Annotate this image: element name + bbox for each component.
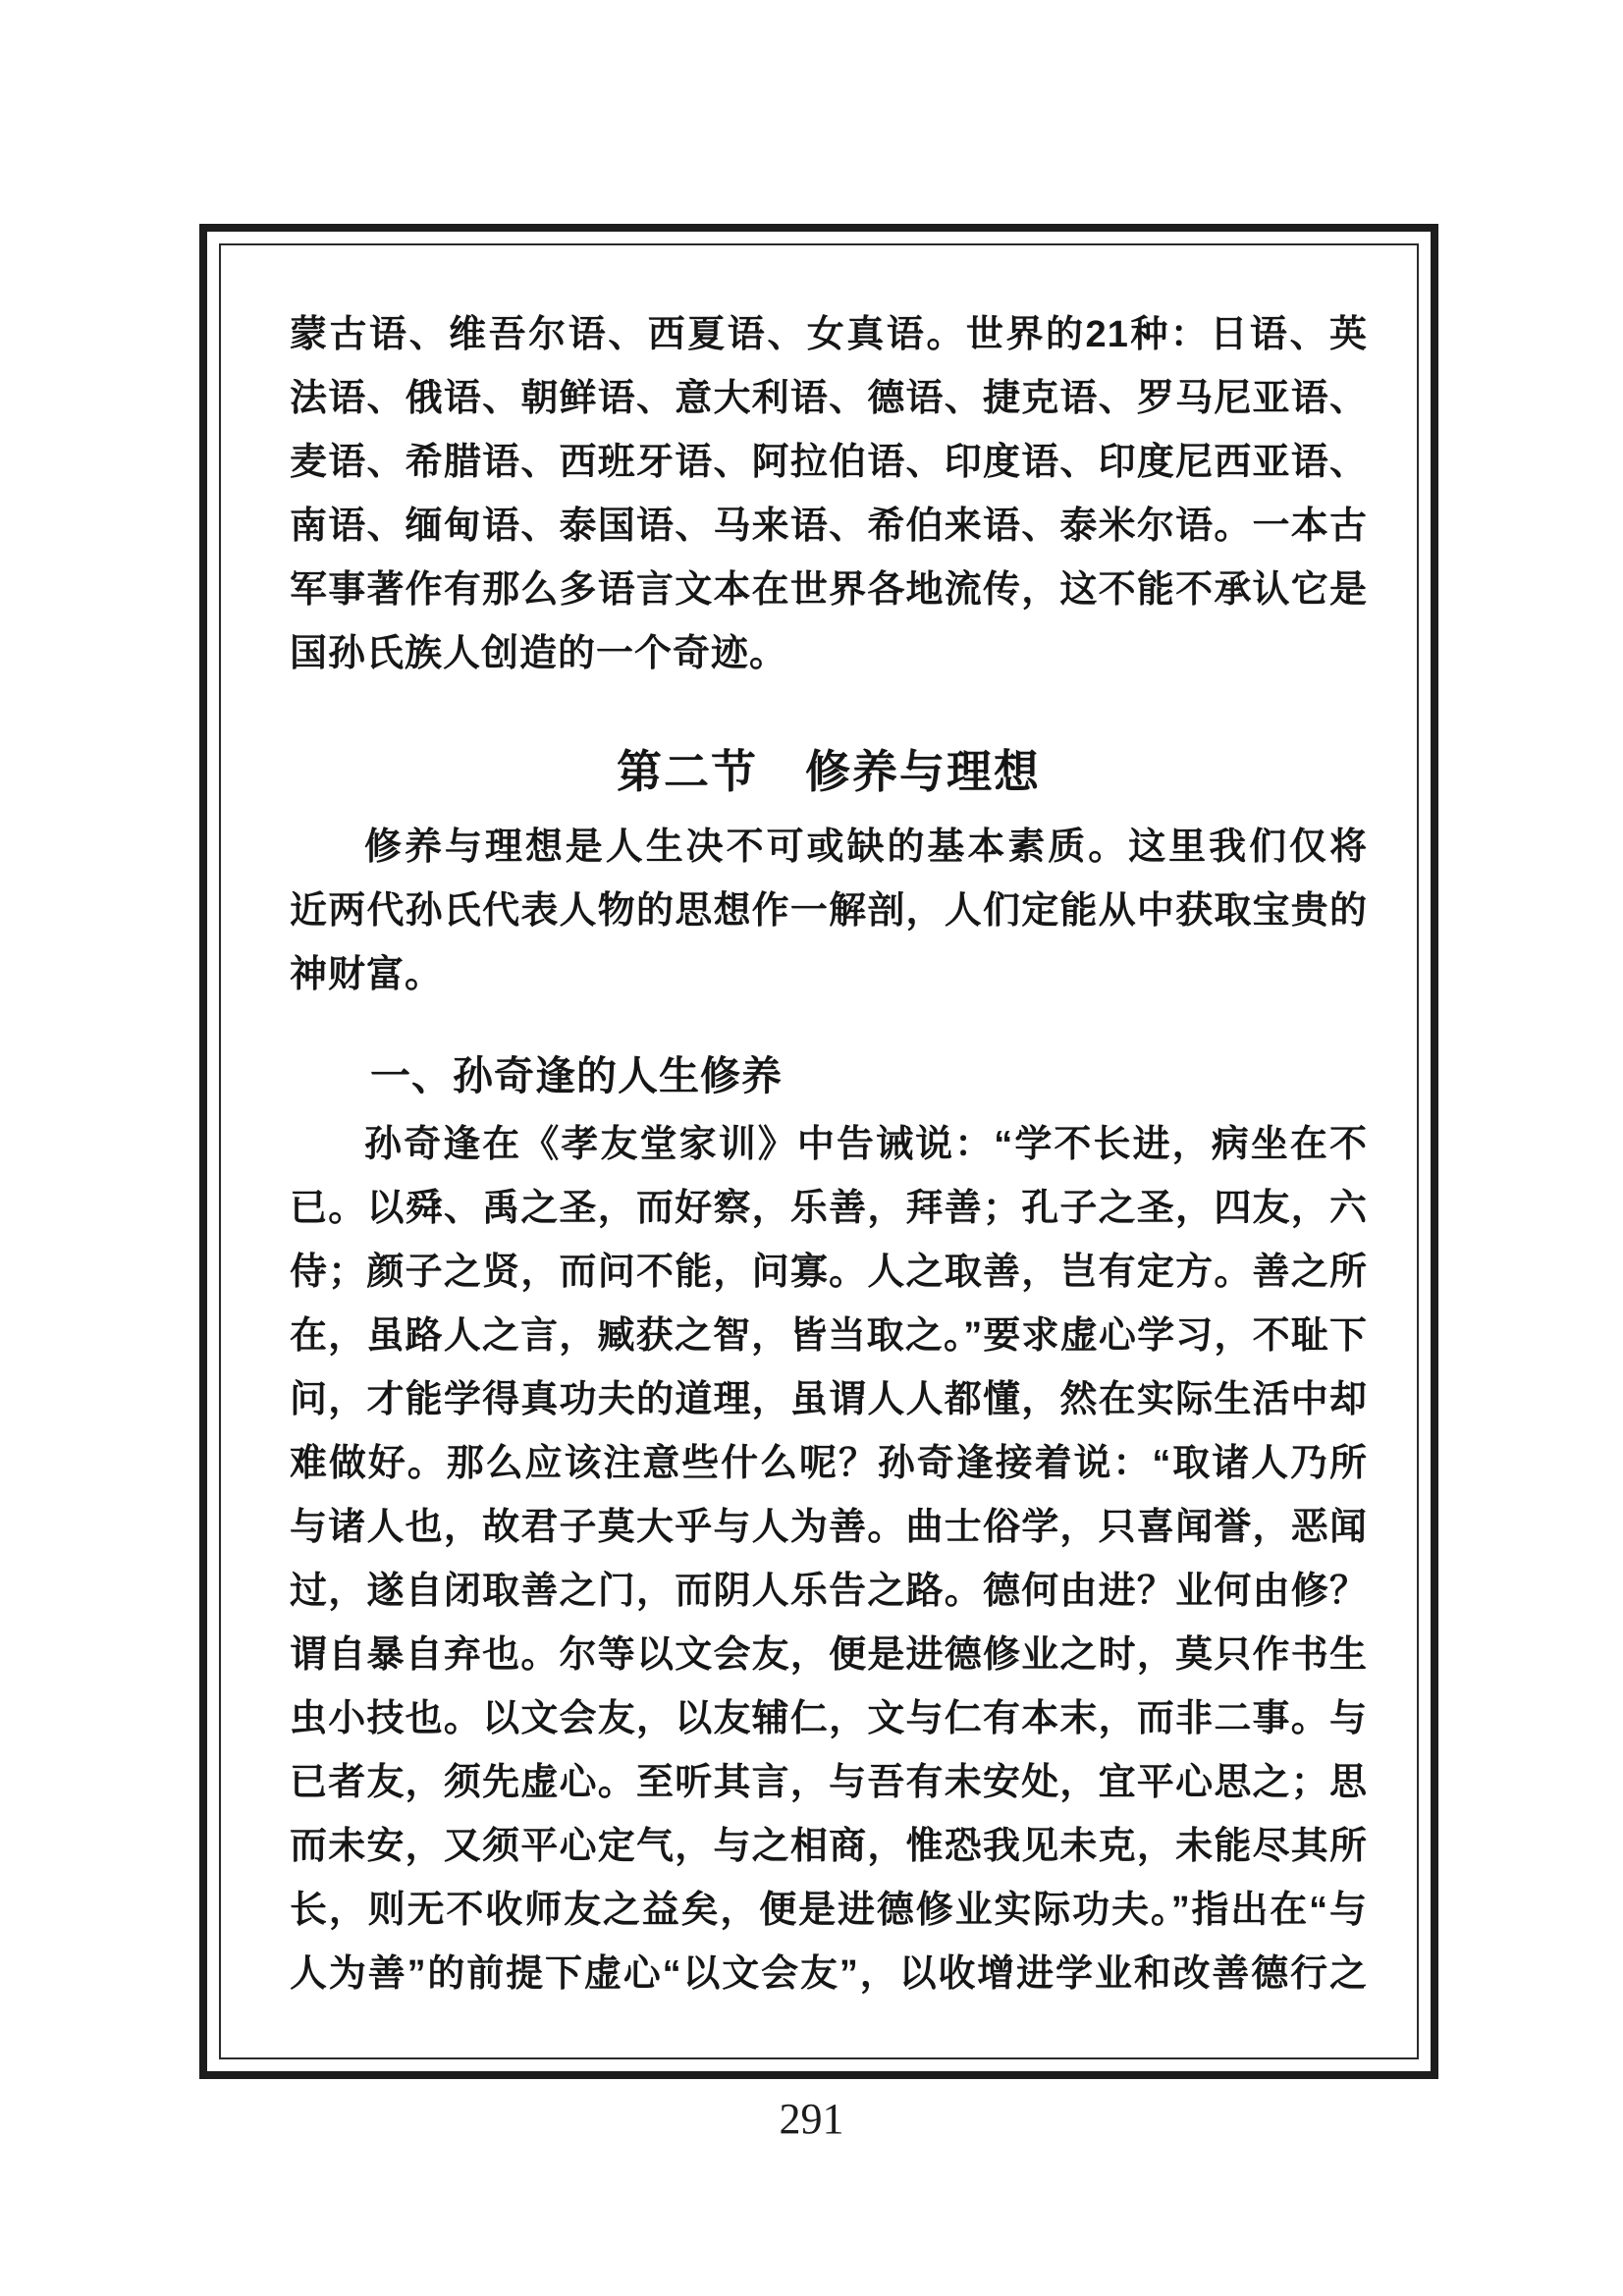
text-line: 难做好。那么应该注意些什么呢？孙奇逢接着说：“取诸人乃所以 bbox=[290, 1432, 1368, 1496]
paragraph-intro: 修养与理想是人生决不可或缺的基本素质。这里我们仅将古、 近两代孙氏代表人物的思想… bbox=[290, 816, 1368, 1007]
text-line: 长，则无不收师友之益矣，便是进德修业实际功夫。”指出在“与 bbox=[290, 1879, 1368, 1943]
text-line: 与诸人也，故君子莫大乎与人为善。曲士俗学，只喜闻誉，恶闻 bbox=[290, 1496, 1368, 1560]
text-line: 近两代孙氏代表人物的思想作一解剖，人们定能从中获取宝贵的精 bbox=[290, 880, 1368, 943]
text-line: 过，遂自闭取善之门，而阴人乐告之路。德何由进？业何由修？所 bbox=[290, 1560, 1368, 1624]
text-line: 问，才能学得真功夫的道理，虽谓人人都懂，然在实际生活中却很 bbox=[290, 1368, 1368, 1432]
text-column: 蒙古语、维吾尔语、西夏语、女真语。世界的21种：日语、英语、 法语、俄语、朝鲜语… bbox=[221, 245, 1417, 2057]
page-frame-outer: 蒙古语、维吾尔语、西夏语、女真语。世界的21种：日语、英语、 法语、俄语、朝鲜语… bbox=[199, 224, 1438, 2079]
text-line: 蒙古语、维吾尔语、西夏语、女真语。世界的21种：日语、英语、 bbox=[290, 303, 1368, 367]
paragraph-languages: 蒙古语、维吾尔语、西夏语、女真语。世界的21种：日语、英语、 法语、俄语、朝鲜语… bbox=[290, 303, 1368, 686]
paragraph-sunqifeng: 孙奇逢在《孝友堂家训》中告诫说：“学不长进，病坐在不虚 已。以舜、禹之圣，而好察… bbox=[290, 1113, 1368, 2006]
text-line: 人为善”的前提下虚心“以文会友”，以收增进学业和改善德行之 bbox=[290, 1943, 1368, 2006]
text-line: 神财富。 bbox=[290, 943, 1368, 1007]
text-line: 孙奇逢在《孝友堂家训》中告诫说：“学不长进，病坐在不虚 bbox=[290, 1113, 1368, 1177]
text-line: 南语、缅甸语、泰国语、马来语、希伯来语、泰米尔语。一本古代 bbox=[290, 495, 1368, 559]
text-line: 谓自暴自弃也。尔等以文会友，便是进德修业之时，莫只作书生雕 bbox=[290, 1624, 1368, 1687]
text-line: 国孙氏族人创造的一个奇迹。 bbox=[290, 622, 1368, 686]
text-line: 虫小技也。以文会友，以友辅仁，文与仁有本末，而非二事。与胜 bbox=[290, 1687, 1368, 1751]
subsection-heading: 一、孙奇逢的人生修养 bbox=[290, 1044, 1368, 1108]
page-frame-inner: 蒙古语、维吾尔语、西夏语、女真语。世界的21种：日语、英语、 法语、俄语、朝鲜语… bbox=[219, 243, 1419, 2059]
text-line: 麦语、希腊语、西班牙语、阿拉伯语、印度语、印度尼西亚语、越 bbox=[290, 431, 1368, 495]
section-heading: 第二节 修养与理想 bbox=[290, 737, 1368, 806]
text-line: 修养与理想是人生决不可或缺的基本素质。这里我们仅将古、 bbox=[290, 816, 1368, 880]
text-line: 已者友，须先虚心。至听其言，与吾有未安处，宜平心思之；思之 bbox=[290, 1751, 1368, 1815]
text-line: 已。以舜、禹之圣，而好察，乐善，拜善；孔子之圣，四友，六 bbox=[290, 1177, 1368, 1241]
text-line: 侍；颜子之贤，而问不能，问寡。人之取善，岂有定方。善之所 bbox=[290, 1241, 1368, 1305]
text-line: 法语、俄语、朝鲜语、意大利语、德语、捷克语、罗马尼亚语、丹 bbox=[290, 367, 1368, 431]
text-line: 在，虽路人之言，臧获之智，皆当取之。”要求虚心学习，不耻下 bbox=[290, 1305, 1368, 1368]
book-page: 蒙古语、维吾尔语、西夏语、女真语。世界的21种：日语、英语、 法语、俄语、朝鲜语… bbox=[0, 0, 1623, 2296]
page-number: 291 bbox=[0, 2094, 1623, 2144]
text-line: 军事著作有那么多语言文本在世界各地流传，这不能不承认它是中 bbox=[290, 559, 1368, 622]
text-line: 而未安，又须平心定气，与之相商，惟恐我见未克，未能尽其所 bbox=[290, 1815, 1368, 1879]
